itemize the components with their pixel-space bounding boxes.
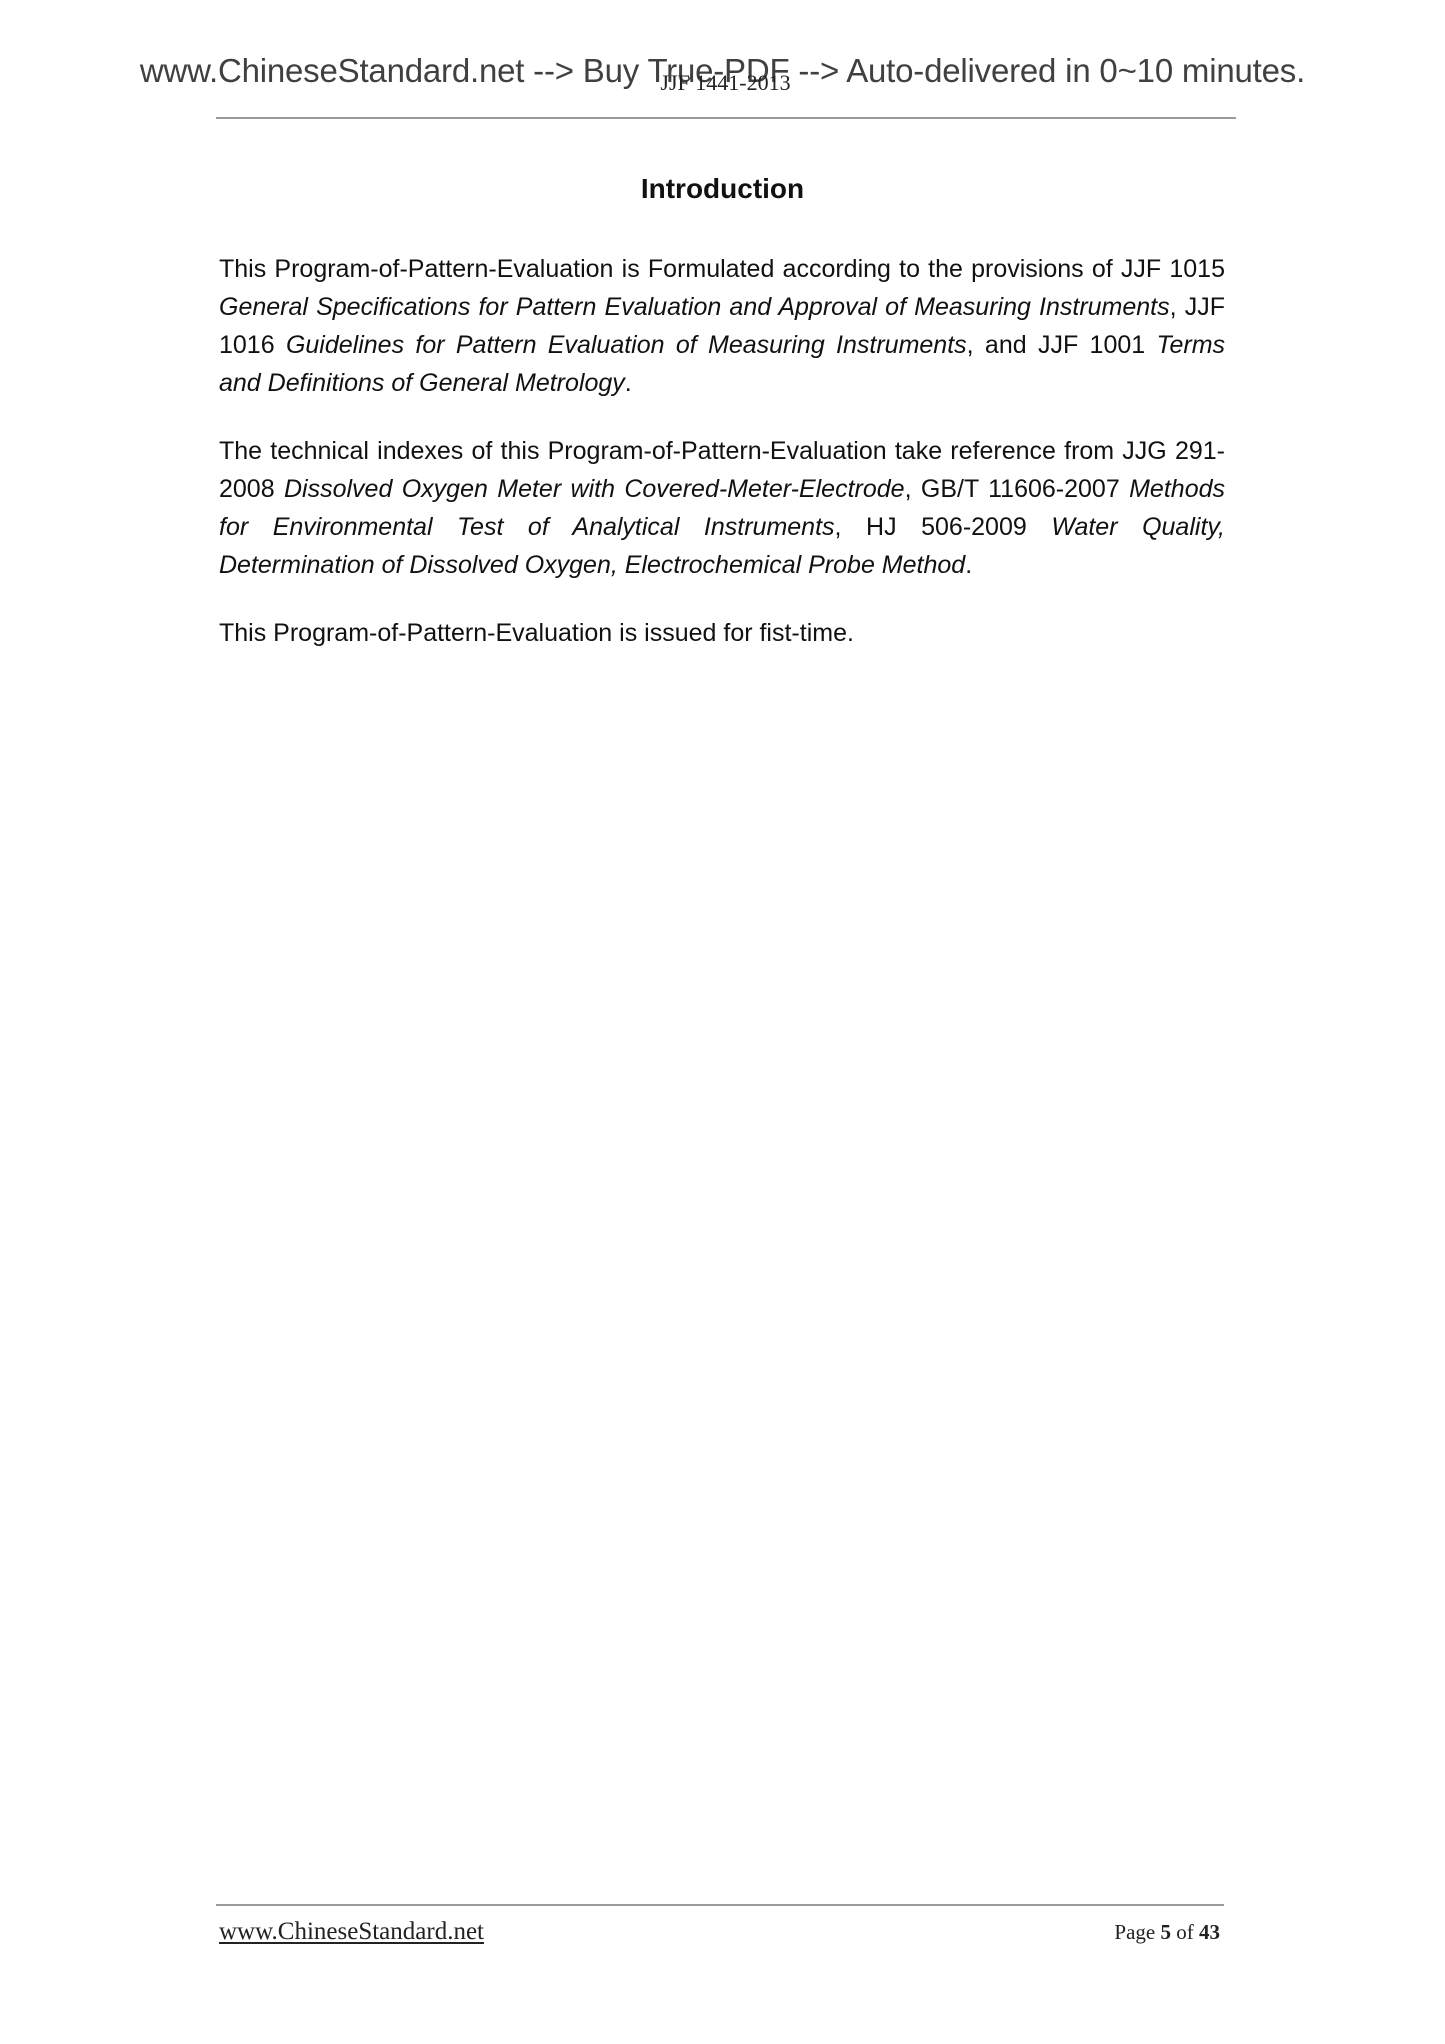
paragraph: This Program-of-Pattern-Evaluation is Fo…: [219, 250, 1225, 402]
page-number: Page 5 of 43: [1114, 1920, 1220, 1945]
footer-divider: [216, 1904, 1224, 1906]
text-run: .: [965, 551, 972, 579]
text-run: .: [625, 369, 632, 397]
cited-title: General Specifications for Pattern Evalu…: [219, 293, 1170, 321]
page-label: Page: [1114, 1920, 1155, 1944]
text-run: This Program-of-Pattern-Evaluation is Fo…: [219, 255, 1225, 283]
footer-website-link[interactable]: www.ChineseStandard.net: [219, 1918, 484, 1946]
paragraph: The technical indexes of this Program-of…: [219, 432, 1225, 584]
document-body: This Program-of-Pattern-Evaluation is Fo…: [219, 250, 1225, 682]
text-run: This Program-of-Pattern-Evaluation is is…: [219, 619, 854, 647]
page-current: 5: [1161, 1920, 1172, 1944]
cited-title: Dissolved Oxygen Meter with Covered-Mete…: [284, 475, 905, 503]
paragraph: This Program-of-Pattern-Evaluation is is…: [219, 614, 1225, 652]
header-divider: [216, 117, 1236, 119]
document-code: JJF 1441-2013: [0, 70, 1445, 96]
page-total: 43: [1199, 1920, 1220, 1944]
page-of: of: [1176, 1920, 1194, 1944]
text-run: , and JJF 1001: [967, 331, 1157, 359]
text-run: , GB/T 11606-2007: [905, 475, 1130, 503]
text-run: , HJ 506-2009: [835, 513, 1052, 541]
cited-title: Guidelines for Pattern Evaluation of Mea…: [286, 331, 967, 359]
page-title: Introduction: [0, 173, 1445, 205]
